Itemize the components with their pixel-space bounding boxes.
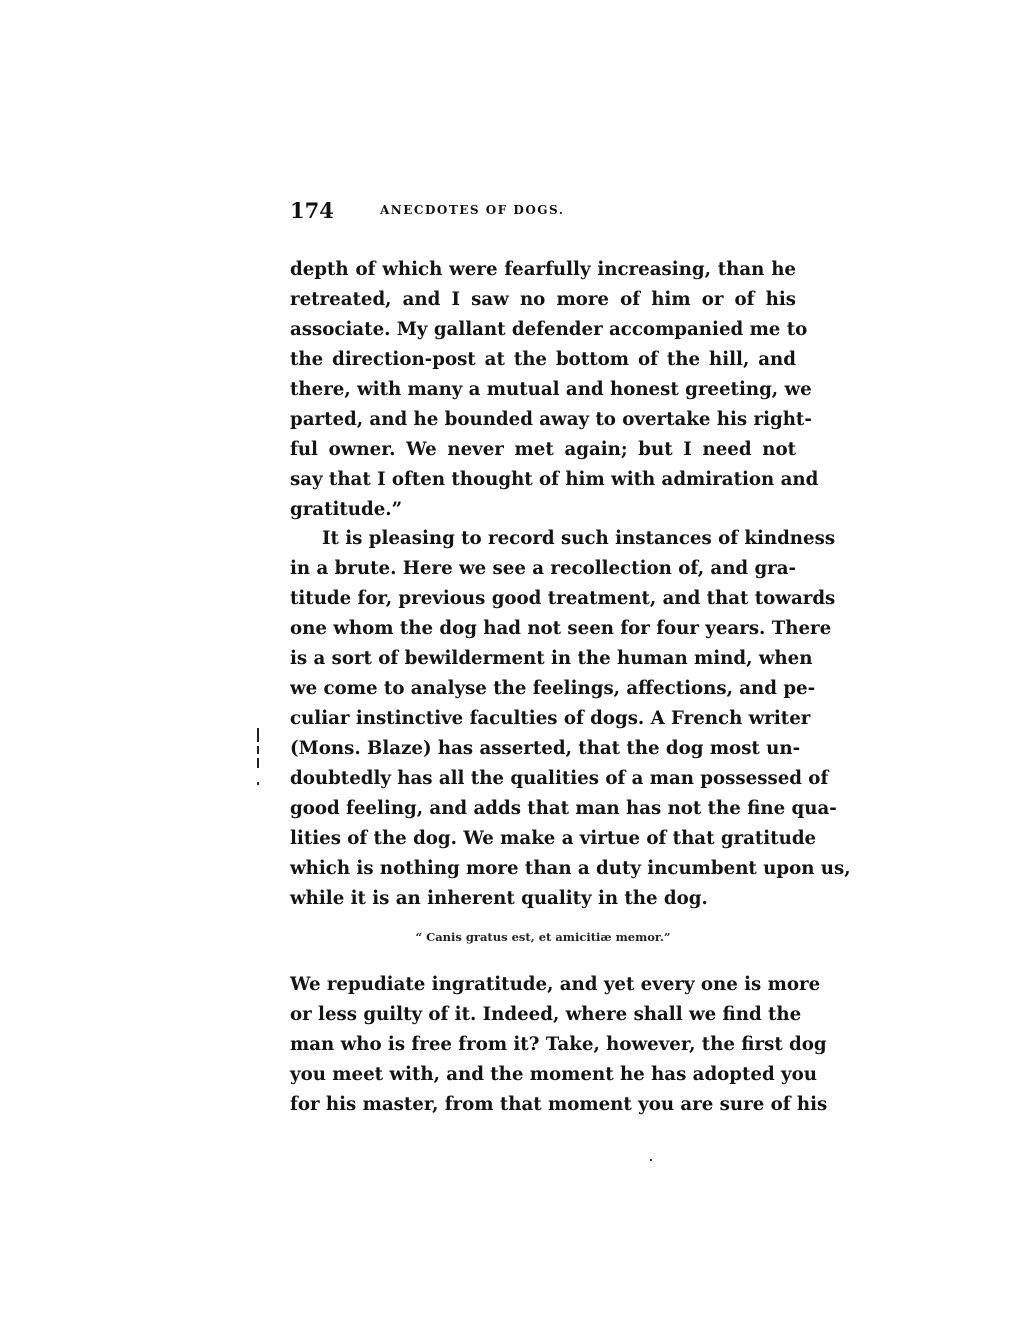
text-line: is a sort of bewilderment in the human m… [290,644,796,674]
paragraph-2: It is pleasing to record such instances … [290,524,796,914]
page-number: 174 [290,198,334,223]
running-head: ANECDOTES OF DOGS. [380,203,564,217]
mark-segment [257,782,259,785]
text-line: parted, and he bounded away to overtake … [290,405,796,435]
text-line: which is nothing more than a duty incumb… [290,854,796,884]
text-line: good feeling, and adds that man has not … [290,794,796,824]
text-line: titude for, previous good treatment, and… [290,584,796,614]
mark-segment [257,728,259,742]
text-line: retreated, and I saw no more of him or o… [290,285,796,315]
text-line: depth of which were fearfully increasing… [290,255,796,285]
text-line: culiar instinctive faculties of dogs. A … [290,704,796,734]
mark-segment [257,746,259,754]
paragraph-1: depth of which were fearfully increasing… [290,255,796,525]
text-line: one whom the dog had not seen for four y… [290,614,796,644]
mark-segment [257,758,259,768]
text-line: doubtedly has all the qualities of a man… [290,764,796,794]
text-line: you meet with, and the moment he has ado… [290,1060,796,1090]
text-line: say that I often thought of him with adm… [290,465,796,495]
page-header: 174 ANECDOTES OF DOGS. [290,198,796,226]
text-line: while it is an inherent quality in the d… [290,884,796,914]
text-line: associate. My gallant defender accompani… [290,315,796,345]
text-line: ful owner. We never met again; but I nee… [290,435,796,465]
book-page: 174 ANECDOTES OF DOGS. depth of which we… [0,0,1033,1339]
paragraph-3: We repudiate ingratitude, and yet every … [290,970,796,1120]
margin-pencil-mark [257,728,260,798]
text-line: the direction-post at the bottom of the … [290,345,796,375]
scan-speck [650,1159,652,1161]
text-line: we come to analyse the feelings, affecti… [290,674,796,704]
latin-quote: “ Canis gratus est, et amicitiæ memor.” [290,930,796,944]
text-line: gratitude.” [290,495,796,525]
text-line: lities of the dog. We make a virtue of t… [290,824,796,854]
text-line: there, with many a mutual and honest gre… [290,375,796,405]
text-line: (Mons. Blaze) has asserted, that the dog… [290,734,796,764]
text-line: man who is free from it? Take, however, … [290,1030,796,1060]
text-line: in a brute. Here we see a recollection o… [290,554,796,584]
text-line: It is pleasing to record such instances … [290,524,796,554]
text-line: for his master, from that moment you are… [290,1090,796,1120]
text-line: or less guilty of it. Indeed, where shal… [290,1000,796,1030]
text-line: We repudiate ingratitude, and yet every … [290,970,796,1000]
